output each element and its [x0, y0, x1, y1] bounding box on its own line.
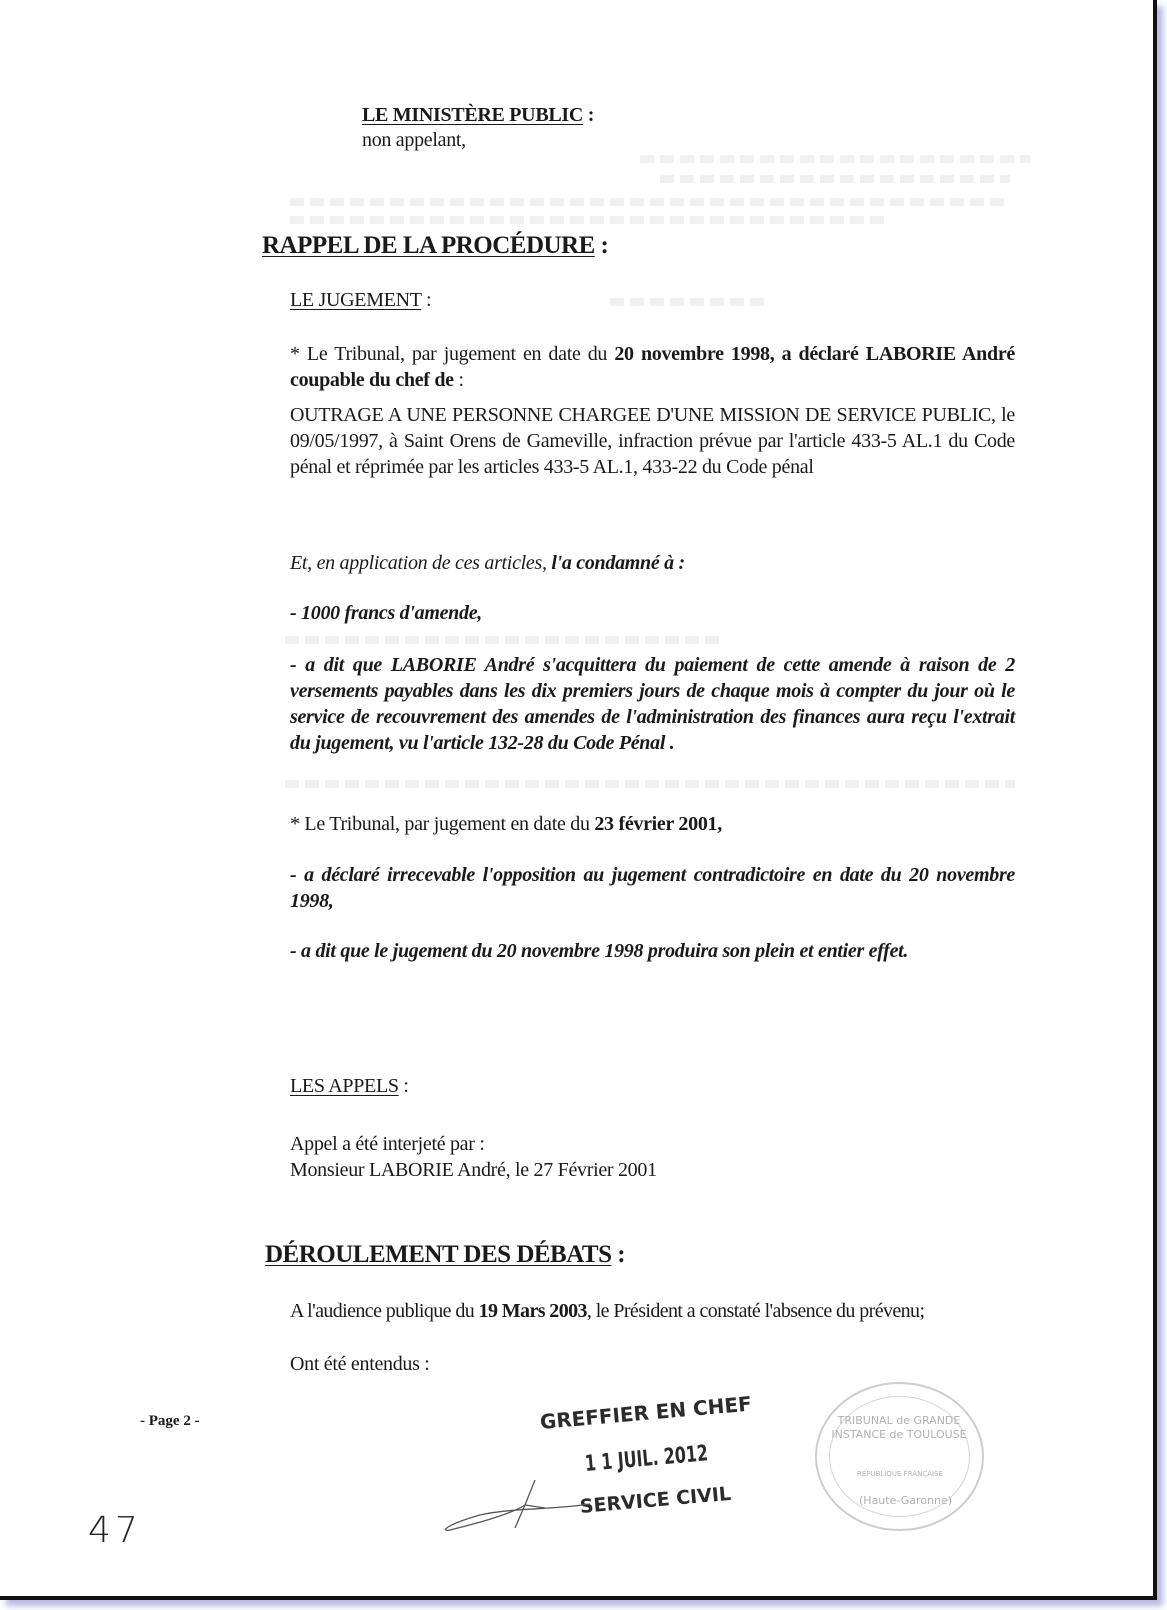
deroulement-debats-heading: DÉROULEMENT DES DÉBATS :	[265, 1241, 625, 1269]
bleed-through-mark	[610, 298, 770, 306]
bleed-through-mark	[285, 780, 1015, 788]
payment-paragraph: - a dit que LABORIE André s'acquittera d…	[290, 652, 1015, 756]
handwritten-page-number: 47	[88, 1510, 142, 1551]
appels-subheading: LES APPELS :	[290, 1075, 409, 1098]
page-number: - Page 2 -	[140, 1413, 200, 1430]
fine-paragraph: - 1000 francs d'amende,	[290, 600, 1015, 626]
rappel-procedure-title: RAPPEL DE LA PROCÉDURE	[262, 232, 595, 259]
appel-line-1: Appel a été interjeté par :	[290, 1133, 485, 1156]
ministere-public-status: non appelant,	[362, 129, 466, 152]
ministere-public-title: LE MINISTÈRE PUBLIC	[362, 104, 583, 126]
stamp-greffier-en-chef: GREFFIER EN CHEF	[539, 1392, 753, 1434]
irrecevable-paragraph: - a déclaré irrecevable l'opposition au …	[290, 862, 1015, 914]
plein-effet-paragraph: - a dit que le jugement du 20 novembre 1…	[290, 938, 1015, 964]
application-paragraph: Et, en application de ces articles, l'a …	[290, 550, 1015, 576]
offense-paragraph: OUTRAGE A UNE PERSONNE CHARGEE D'UNE MIS…	[290, 402, 1015, 480]
judgment-1998-paragraph: * Le Tribunal, par jugement en date du 2…	[290, 341, 1015, 393]
document-page: LE MINISTÈRE PUBLIC : non appelant, RAPP…	[0, 0, 1157, 1600]
bleed-through-mark	[290, 216, 890, 224]
ministere-public-heading: LE MINISTÈRE PUBLIC :	[362, 104, 594, 127]
entendus-line: Ont été entendus :	[290, 1353, 430, 1376]
signature-icon	[440, 1470, 610, 1540]
court-seal: TRIBUNAL de GRANDE INSTANCE de TOULOUSE …	[815, 1382, 984, 1531]
deroulement-debats-title: DÉROULEMENT DES DÉBATS	[265, 1241, 612, 1268]
seal-center-text: RÉPUBLIQUE FRANÇAISE	[857, 1470, 943, 1478]
appel-line-2: Monsieur LABORIE André, le 27 Février 20…	[290, 1159, 657, 1182]
rappel-procedure-heading: RAPPEL DE LA PROCÉDURE :	[262, 232, 608, 260]
seal-top-text: TRIBUNAL de GRANDE INSTANCE de TOULOUSE	[831, 1414, 967, 1442]
jugement-subheading: LE JUGEMENT :	[290, 289, 431, 312]
bleed-through-mark	[660, 175, 1010, 183]
bleed-through-mark	[290, 198, 1010, 206]
bleed-through-mark	[640, 155, 1030, 163]
seal-bottom-text: (Haute-Garonne)	[859, 1494, 952, 1507]
bleed-through-mark	[285, 636, 725, 644]
audience-paragraph: A l'audience publique du 19 Mars 2003, l…	[290, 1300, 924, 1323]
judgment-2001-paragraph: * Le Tribunal, par jugement en date du 2…	[290, 811, 1015, 837]
